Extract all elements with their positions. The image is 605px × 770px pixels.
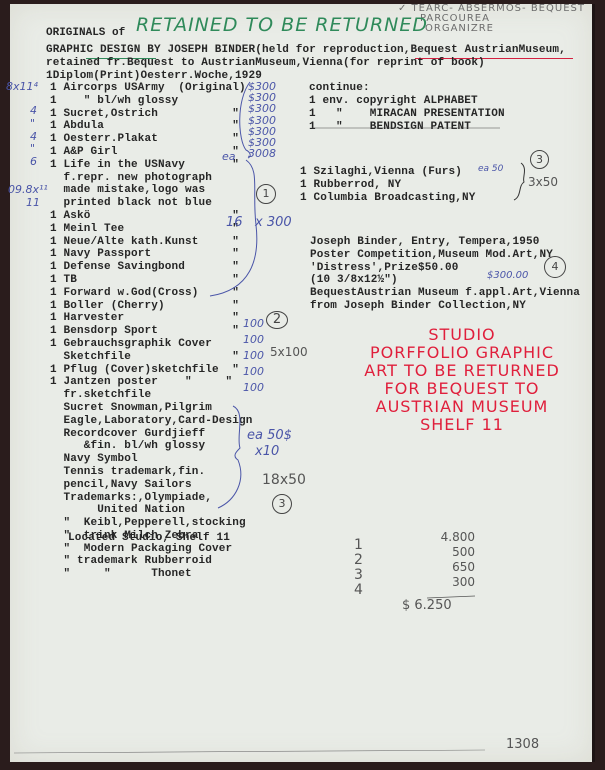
summary-amount-item: 300 [425,575,475,590]
summary-index: 1234 [354,538,363,598]
summary-total: $ 6.250 [402,598,452,613]
summary-index-item: 2 [354,553,363,568]
summary-amount-item: 4.800 [425,530,475,545]
summary-amount-item: 650 [425,560,475,575]
page-number: 1308 [506,737,539,752]
summary-index-item: 1 [354,538,363,553]
red-handwritten-note: STUDIO PORFFOLIO GRAPHIC ART TO BE RETUR… [322,326,602,434]
summary-amount-item: 500 [425,545,475,560]
summary-index-item: 3 [354,568,363,583]
summary-index-item: 4 [354,583,363,598]
summary-amounts: 4.800500650300 [425,530,475,590]
